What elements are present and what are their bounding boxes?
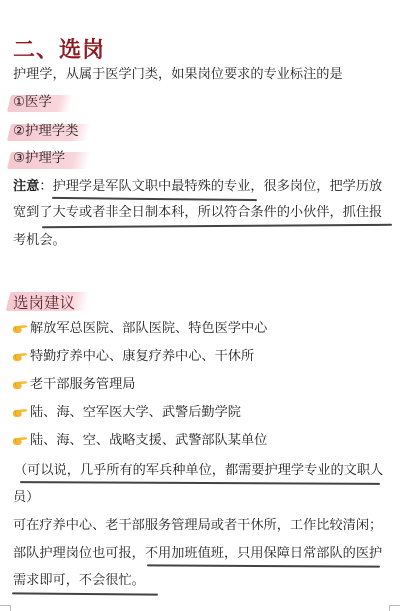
note-line-1: 注意：护理学是军队文职中最特殊的专业，很多岗位，把学历放 [13, 178, 382, 196]
para-line-1: 可在疗养中心、老干部服务管理局或者干休所，工作比较清闲； [13, 517, 382, 535]
note-label: 注意 [13, 179, 39, 194]
crop-corner [389, 605, 400, 611]
hand-underline [42, 224, 392, 228]
note-colon: ： [39, 179, 52, 194]
note-underlined-2: 了大专或者非全日制本科，所以符合条件的小伙伴，抓住报 [39, 205, 382, 220]
suggestion-item: 特勤疗养中心、康复疗养中心、干休所 [12, 348, 254, 366]
suggestion-label: 陆、海、空、战略支援、武警部队某单位 [30, 432, 267, 450]
suggestion-item: 陆、海、空军医大学、武警后勤学院 [12, 404, 241, 422]
suggestion-item: 解放军总医院、部队医院、特色医学中心 [12, 320, 267, 338]
note-line-2: 宽到了大专或者非全日制本科，所以符合条件的小伙伴，抓住报 [13, 204, 382, 222]
option-medicine: ①医学 [13, 94, 52, 112]
crop-corner [0, 605, 11, 611]
note-rest-1: ，很多岗位，把学历放 [250, 179, 382, 194]
note-line-3: 考机会。 [13, 232, 66, 250]
suggestion-label: 老干部服务管理局 [30, 376, 136, 394]
pointing-hand-icon [12, 323, 28, 335]
document-page: 二、选岗 护理学，从属于医学门类，如果岗位要求的专业标注的是 ①医学 ②护理学类… [0, 0, 400, 611]
paren-line-1: （可以说，几乎所有的军兵种单位，都需要护理学专业的文职人 [14, 462, 383, 480]
suggestion-item: 陆、海、空、战略支援、武警部队某单位 [12, 432, 267, 450]
para-line-2: 部队护理岗位也可报，不用加班值班，只用保障日常部队的医护 [13, 545, 382, 563]
pointing-hand-icon [12, 407, 28, 419]
hand-underline [147, 564, 380, 567]
suggestion-label: 解放军总医院、部队医院、特色医学中心 [30, 320, 267, 338]
hand-underline [20, 481, 380, 485]
hand-underline [12, 592, 158, 595]
option-nursing-category: ②护理学类 [13, 123, 79, 141]
para-underlined-2: 不用加班值班，只用保障日常部队的医护 [145, 546, 382, 561]
section-title: 二、选岗 [13, 33, 105, 64]
option-nursing: ③护理学 [13, 150, 65, 168]
intro-text: 护理学，从属于医学门类，如果岗位要求的专业标注的是 [13, 66, 343, 84]
paren-line-2: 员） [13, 489, 39, 507]
para-line-3: 需求即可，不会很忙。 [13, 572, 145, 590]
hand-underline [52, 197, 257, 201]
suggestion-label: 特勤疗养中心、康复疗养中心、干休所 [30, 348, 254, 366]
note-prefix-2: 宽到 [13, 205, 39, 220]
pointing-hand-icon [12, 379, 28, 391]
pointing-hand-icon [12, 435, 28, 447]
suggestion-label: 陆、海、空军医大学、武警后勤学院 [30, 404, 241, 422]
pointing-hand-icon [12, 351, 28, 363]
suggestions-title: 选岗建议 [13, 291, 75, 313]
para-prefix-2: 部队护理岗位也可报， [13, 546, 145, 561]
note-underlined-1: 护理学是军队文职中最特殊的专业 [53, 179, 251, 194]
suggestion-item: 老干部服务管理局 [12, 376, 136, 394]
